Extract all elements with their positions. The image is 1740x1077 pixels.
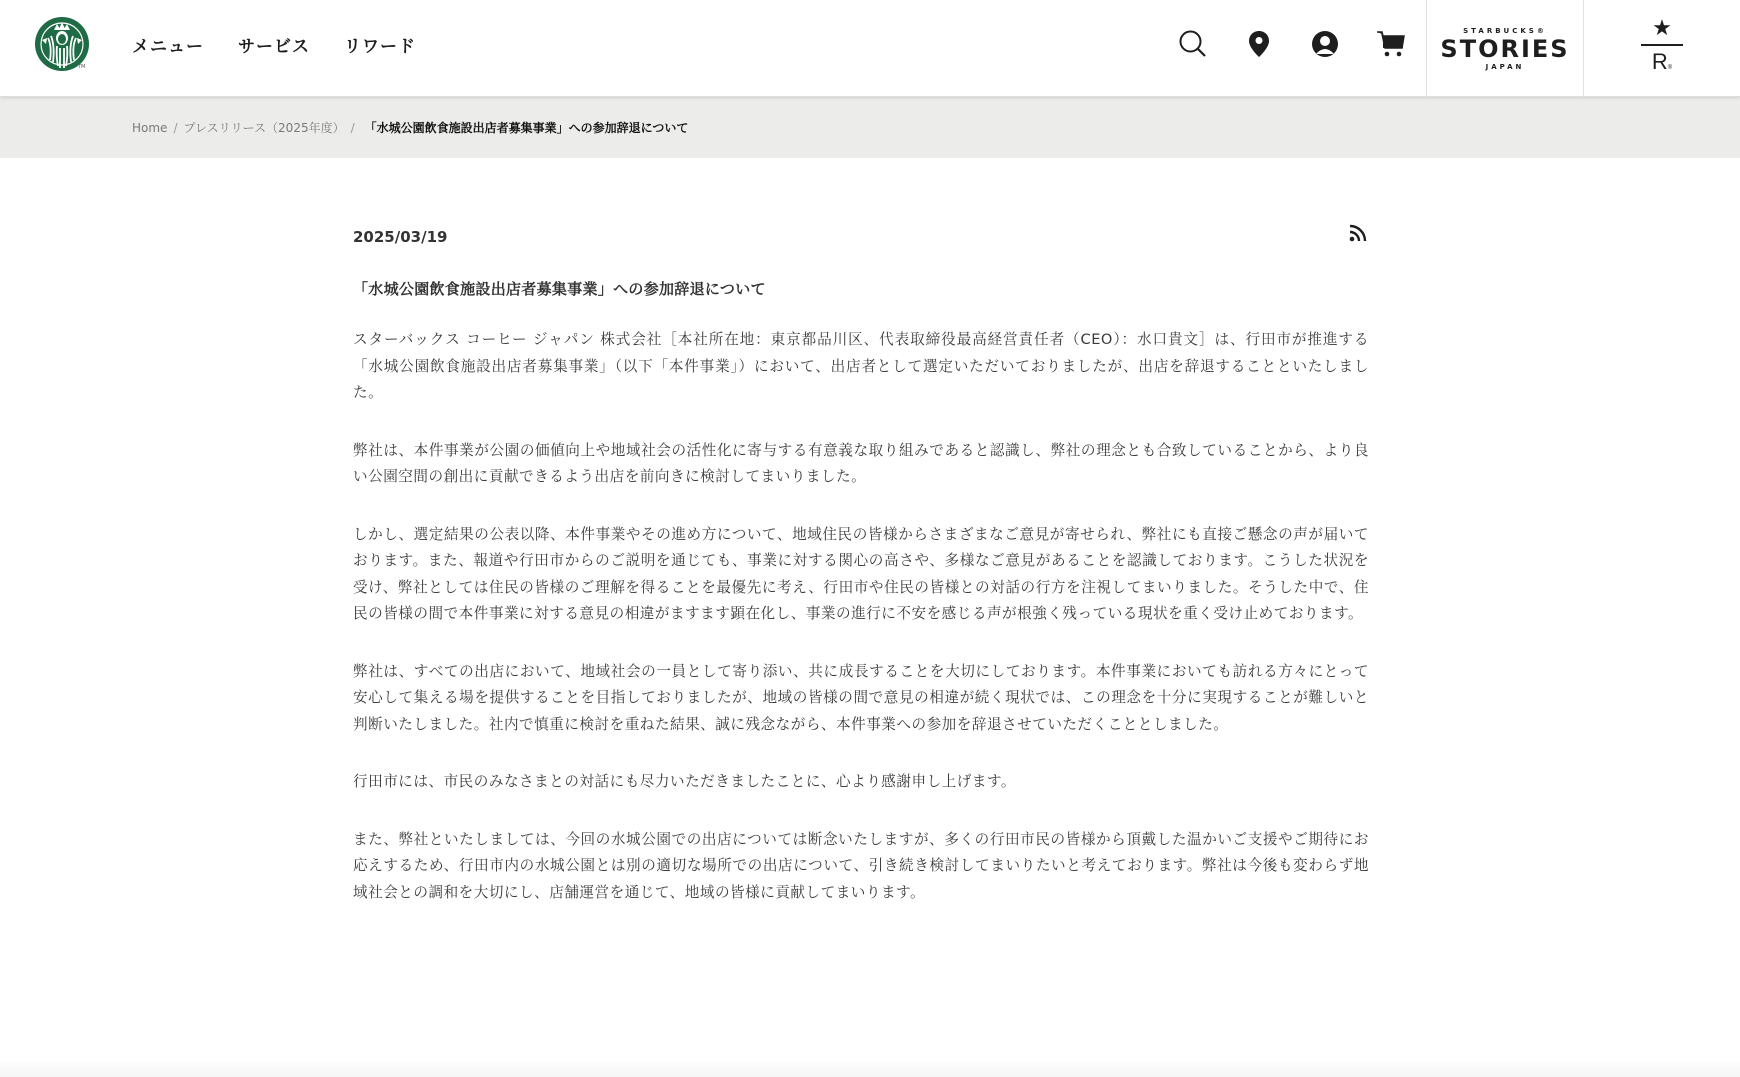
trademark-symbol: TM	[78, 64, 85, 70]
press-release-article: 2025/03/19 「水城公園飲食施設出店者募集事業」への参加辞退について ス…	[353, 228, 1369, 906]
article-paragraph: 行田市には、市民のみなさまとの対話にも尽力いただきましたことに、心より感謝申し上…	[353, 769, 1369, 796]
store-locator-button[interactable]	[1226, 26, 1292, 62]
article-date: 2025/03/19	[353, 228, 1369, 246]
account-button[interactable]	[1292, 26, 1358, 62]
article-title: 「水城公園飲食施設出店者募集事業」への参加辞退について	[353, 278, 1369, 299]
article-paragraph: しかし、選定結果の公表以降、本件事業やその進め方について、地域住民の皆様からさま…	[353, 522, 1369, 628]
starbucks-stories-link[interactable]: STARBUCKS® STORIES JAPAN	[1427, 0, 1583, 97]
breadcrumb-separator: /	[351, 121, 355, 135]
breadcrumb: Home / プレスリリース（2025年度） / 「水城公園飲食施設出店者募集事…	[0, 97, 1740, 158]
stories-main-text: STORIES	[1440, 35, 1569, 63]
star-icon: ★	[1652, 18, 1672, 40]
article-paragraph: 弊社は、本件事業が公園の価値向上や地域社会の活性化に寄与する有意義な取り組みであ…	[353, 438, 1369, 491]
main-nav: メニュー サービス リワード	[132, 32, 416, 57]
breadcrumb-separator: /	[173, 121, 177, 135]
site-header: TM メニュー サービス リワード	[0, 0, 1740, 97]
reserve-bar	[1641, 44, 1683, 46]
footer-edge	[0, 1062, 1740, 1077]
article-paragraph: また、弊社といたしましては、今回の水城公園での出店については断念いたしますが、多…	[353, 827, 1369, 907]
stories-top-text: STARBUCKS®	[1463, 27, 1547, 35]
search-button[interactable]	[1160, 26, 1226, 62]
header-icon-group	[1160, 26, 1424, 62]
search-icon	[1178, 29, 1208, 59]
nav-services[interactable]: サービス	[238, 32, 310, 57]
cart-button[interactable]	[1358, 26, 1424, 62]
reserve-link[interactable]: ★ R®	[1584, 0, 1740, 97]
stories-bottom-text: JAPAN	[1486, 63, 1525, 71]
account-icon	[1311, 30, 1339, 58]
nav-menu[interactable]: メニュー	[132, 32, 204, 57]
article-paragraph: スターバックス コーヒー ジャパン 株式会社［本社所在地：東京都品川区、代表取締…	[353, 327, 1369, 407]
article-paragraph: 弊社は、すべての出店において、地域社会の一員として寄り添い、共に成長することを大…	[353, 659, 1369, 739]
reserve-r-logo: R®	[1652, 51, 1672, 79]
rss-feed-button[interactable]	[1347, 222, 1369, 244]
rss-icon	[1347, 222, 1369, 244]
cart-icon	[1376, 30, 1406, 58]
article-body: スターバックス コーヒー ジャパン 株式会社［本社所在地：東京都品川区、代表取締…	[353, 327, 1369, 906]
nav-rewards[interactable]: リワード	[344, 32, 416, 57]
location-pin-icon	[1248, 30, 1270, 58]
breadcrumb-press-releases[interactable]: プレスリリース（2025年度）	[183, 119, 344, 136]
breadcrumb-current: 「水城公園飲食施設出店者募集事業」への参加辞退について	[365, 119, 689, 136]
breadcrumb-home[interactable]: Home	[132, 121, 167, 135]
